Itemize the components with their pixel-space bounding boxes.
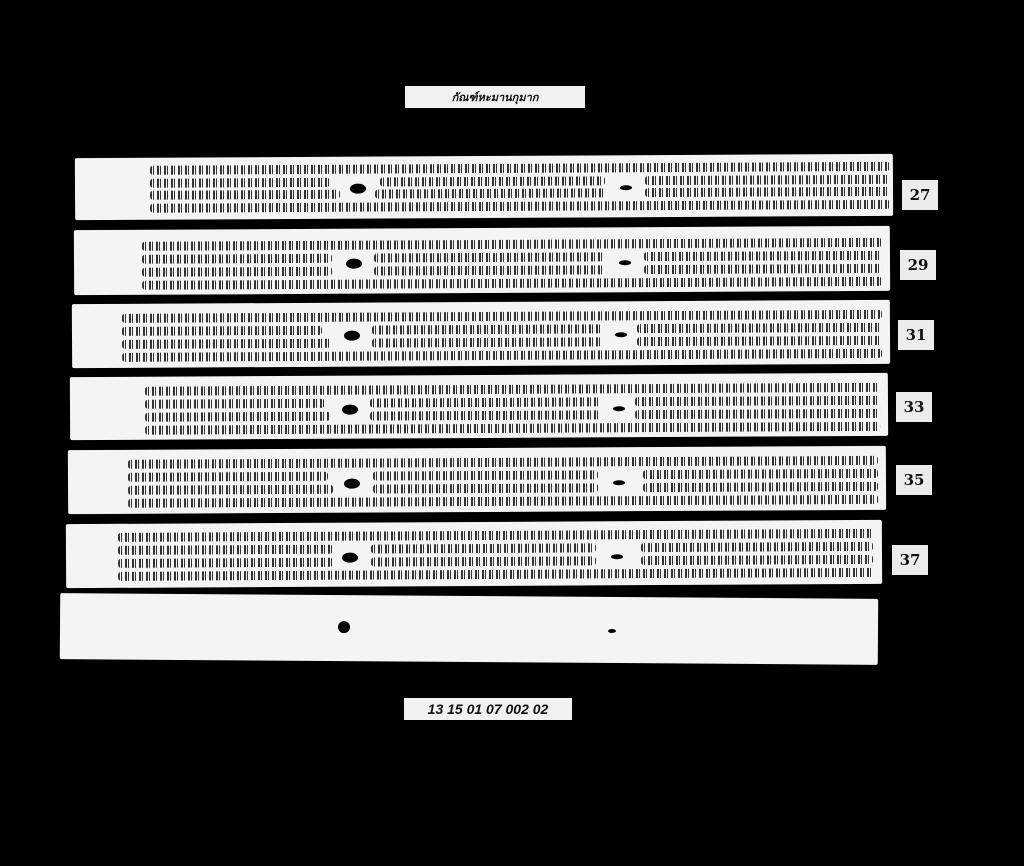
text-line [635,396,880,406]
catalog-id-label: 13 15 01 07 002 02 [404,698,572,720]
text-line [370,410,600,420]
palm-leaf-35 [68,446,886,514]
text-line [643,482,878,492]
text-line [150,200,890,213]
text-line [635,409,880,419]
text-line [645,175,890,185]
page-number: 29 [908,256,929,274]
text-line [122,326,322,336]
page-number-tag: 31 [898,320,934,350]
text-line [641,542,873,552]
catalog-id-text: 13 15 01 07 002 02 [428,701,549,717]
text-line [128,472,328,482]
page-number-tag: 29 [900,250,936,280]
page-number: 27 [910,186,931,204]
binding-hole-icon [344,479,360,489]
text-line [122,339,332,349]
text-line [118,558,333,568]
text-line [150,190,340,200]
text-line [641,555,873,565]
page-number: 35 [904,471,925,489]
binding-hole-icon [342,553,358,563]
text-line [122,349,882,362]
palm-leaf-31 [72,300,890,368]
palm-leaf-29 [74,226,890,295]
text-line [128,495,878,508]
binding-hole-icon [619,260,631,265]
text-line [142,277,882,290]
page-number: 31 [906,326,927,344]
text-line [118,529,873,542]
text-line [372,324,602,334]
text-line [118,545,333,555]
page-number: 37 [900,551,921,569]
page-number: 33 [904,398,925,416]
palm-leaf-33 [70,373,888,440]
text-line [371,543,596,553]
binding-hole-icon [344,331,360,341]
text-line [142,267,332,277]
text-line [374,252,604,262]
palm-leaf-27 [75,154,893,220]
text-line [370,397,600,407]
text-line [150,162,890,175]
text-line [645,187,890,197]
text-line [644,251,882,261]
binding-hole-icon [611,554,623,559]
text-line [128,456,878,469]
title-label: กัณฑ์หะมานกุมาก [405,86,585,108]
text-line [373,483,598,493]
binding-hole-icon [613,480,625,485]
binding-hole-icon [615,332,627,337]
text-line [150,178,330,188]
text-line [371,556,596,566]
page-number-tag: 33 [896,392,932,422]
text-line [142,238,882,251]
binding-hole-icon [350,184,366,194]
text-line [644,264,882,274]
text-line [145,399,325,409]
binding-hole-icon [346,259,362,269]
text-line [145,422,880,435]
text-line [145,383,880,396]
text-line [122,310,882,323]
binding-hole-icon [608,629,616,633]
text-line [637,336,882,346]
text-line [142,254,332,264]
text-line [380,176,605,186]
page-number-tag: 35 [896,465,932,495]
palm-leaf-37 [66,520,882,588]
page-number-tag: 37 [892,545,928,575]
binding-hole-icon [613,406,625,411]
binding-hole-icon [620,185,632,190]
page-number-tag: 27 [902,180,938,210]
palm-leaf-blank [60,593,878,665]
text-line [372,337,602,347]
text-line [145,412,330,422]
text-line [128,485,333,495]
text-line [637,323,882,333]
binding-hole-icon [342,405,358,415]
title-label-text: กัณฑ์หะมานกุมาก [452,88,539,106]
text-line [643,469,878,479]
text-line [375,188,605,198]
text-line [118,568,873,581]
binding-hole-icon [338,621,350,633]
text-line [374,265,604,275]
text-line [373,470,598,480]
